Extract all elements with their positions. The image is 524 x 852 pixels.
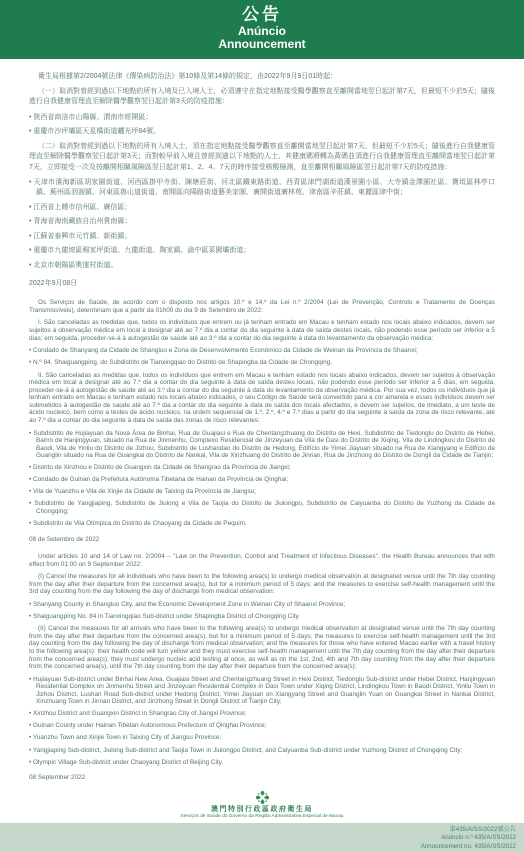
- zh-area-item: • 重慶市九龍坡區楊家坪街道、九龍街道、陶家鎮、渝中區菜園壩街道；: [29, 246, 495, 256]
- zh-measure-1: （一）取消對曾經到過以下地點的所有入境及已入境人士，必須遵守在指定地點接受醫學觀…: [29, 87, 495, 107]
- zh-date: 2022年9月08日: [29, 279, 495, 289]
- pt-area-item: • Condado de Shanyang da Cidade de Shang…: [29, 347, 495, 355]
- en-area-item: • Yangjiaping Sub-district, Jiulong Sub-…: [29, 747, 495, 755]
- reference-bar: 第435/A/SS/2022號公告 Anúncio n.º 435/A/SS/2…: [0, 823, 524, 852]
- section-portuguese: Os Serviços de Saúde, de acordo com o di…: [29, 299, 495, 543]
- zh-intro: 衛生局根據第2/2004號法律《傳染病防治法》第10條及第14條的規定，由202…: [29, 72, 495, 82]
- en-area-item: • Olympic Village Sub-district under Cha…: [29, 759, 495, 767]
- reference-number-en: Announcement no. 435/A/SS/2022: [0, 843, 516, 851]
- banner: 公告 Anúncio Announcement: [0, 0, 524, 59]
- zh-area-item: • 青海省海南藏族自治州貴南縣；: [29, 217, 495, 227]
- en-area-item: • Hujiayuan Sub-district under Binhai Ne…: [29, 676, 495, 706]
- pt-area-item: • Condado de Guinan da Prefeitura Autóno…: [29, 476, 495, 484]
- en-area-item: • Xinzhou District and Guangxin District…: [29, 710, 495, 718]
- en-measure-1: (I) Cancel the measures for all individu…: [29, 573, 495, 596]
- en-measure-2: (II) Cancel the measures for all arrival…: [29, 625, 495, 670]
- banner-title-en: Announcement: [0, 38, 524, 52]
- banner-title-pt: Anúncio: [0, 25, 524, 39]
- health-bureau-brand: 澳門特別行政區政府衛生局 Serviços de Saúde do Govern…: [0, 790, 524, 820]
- pt-intro: Os Serviços de Saúde, de acordo com o di…: [29, 299, 495, 314]
- en-date: 08 September 2022: [29, 774, 495, 782]
- announcement-page: 公告 Anúncio Announcement 衛生局根據第2/2004號法律《…: [0, 0, 524, 852]
- pt-area-item: • Subdistrito de Hujiayuan da Nova Área …: [29, 430, 495, 460]
- zh-area-item: • 天津市濱海新區胡家園街道、河西區掛甲寺街、陳塘莊街、河北區鐵東路街道、西青區…: [29, 178, 495, 198]
- pt-measure-2: II. São canceladas as medidas que, todos…: [29, 372, 495, 425]
- health-bureau-logo-icon: [255, 790, 270, 805]
- en-intro: Under articles 10 and 14 of Law no. 2/20…: [29, 553, 495, 568]
- zh-area-item: • 北京市朝陽區奧運村街道。: [29, 261, 495, 271]
- pt-area-item: • Subdistrito de Vila Olímpica do Distri…: [29, 520, 495, 528]
- banner-title-zh: 公告: [0, 5, 524, 25]
- pt-measure-1: I. São canceladas as medidas que, todos …: [29, 319, 495, 342]
- zh-area-item: • 江蘇省泰興市元竹鎮、新街鎮；: [29, 232, 495, 242]
- zh-area-item: • 陝西省商洛市山陽縣、渭南市經開區；: [29, 113, 495, 123]
- en-area-item: • Shanyang County in Shangluo City, and …: [29, 601, 495, 609]
- announcement-body: 衛生局根據第2/2004號法律《傳染病防治法》第10條及第14條的規定，由202…: [0, 59, 524, 782]
- reference-number-pt: Anúncio n.º 435/A/SS/2022: [0, 834, 516, 842]
- zh-measure-2: （二）取消對曾經到過以下地點的所有入境人士，須在指定地點接受醫學觀察直至離開當地…: [29, 142, 495, 172]
- bureau-name-pt: Serviços de Saúde do Governo da Região A…: [0, 814, 524, 820]
- pt-area-item: • Vila de Yuanzhu e Vila de Xinjie da Ci…: [29, 488, 495, 496]
- pt-area-item: • Subdistrito de Yangjiaping, Subdistrit…: [29, 500, 495, 515]
- en-area-item: • Yuanzhu Town and Xinjie Town in Taixin…: [29, 734, 495, 742]
- en-area-item: • Guinan County under Hainan Tibetan Aut…: [29, 722, 495, 730]
- zh-area-item: • 重慶市沙坪壩區天星橋街道曬光坪84號。: [29, 127, 495, 137]
- pt-area-item: • N.º 84, Shaiguangping, do Subdistrito …: [29, 359, 495, 367]
- pt-area-item: • Distrito de Xinzhou e Distrito de Guan…: [29, 464, 495, 472]
- section-chinese: 衛生局根據第2/2004號法律《傳染病防治法》第10條及第14條的規定，由202…: [29, 72, 495, 289]
- pt-date: 08 de Setembro de 2022: [29, 536, 495, 544]
- section-english: Under articles 10 and 14 of Law no. 2/20…: [29, 553, 495, 782]
- en-area-item: • Shaiguangping No. 84 in Tianxingqiao S…: [29, 613, 495, 621]
- reference-number-zh: 第435/A/SS/2022號公告: [0, 826, 516, 834]
- zh-area-item: • 江西省上饒市信州區、廣信區；: [29, 203, 495, 213]
- bureau-name-zh: 澳門特別行政區政府衛生局: [0, 806, 524, 814]
